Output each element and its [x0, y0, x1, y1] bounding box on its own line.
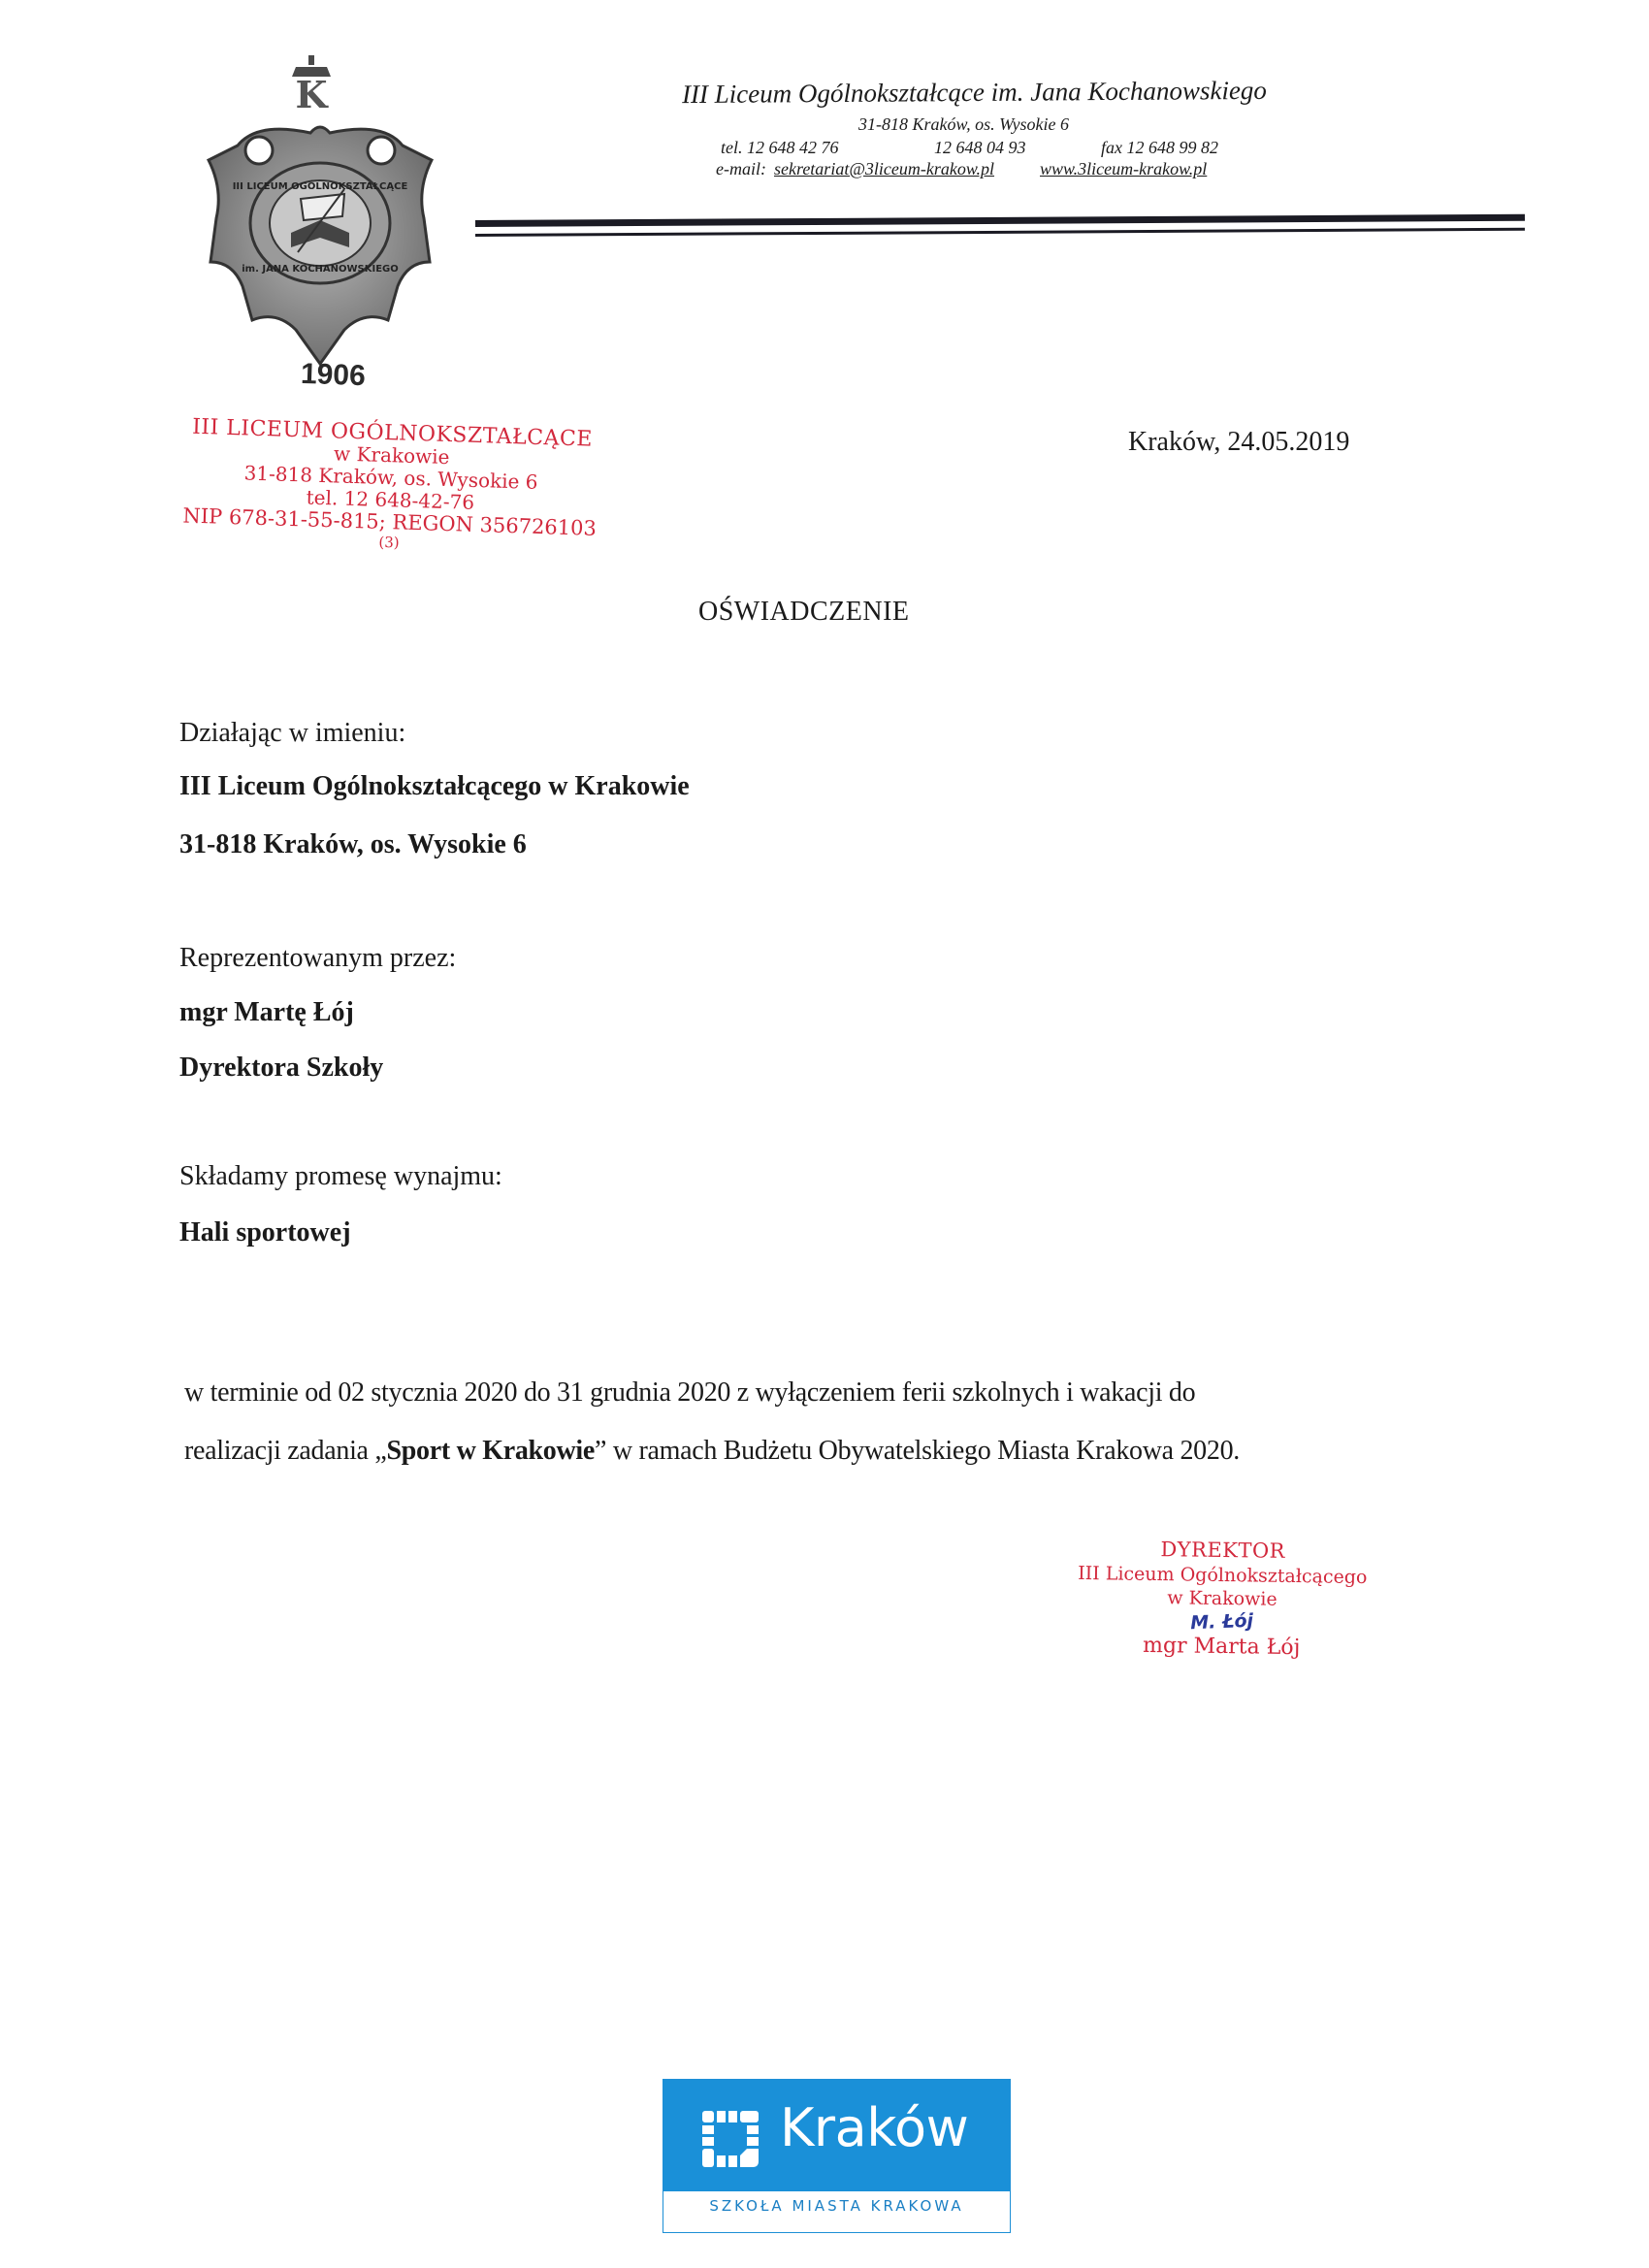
svg-text:III LICEUM OGÓLNOKSZTAŁCĄCE: III LICEUM OGÓLNOKSZTAŁCĄCE [233, 179, 408, 192]
document-title: OŚWIADCZENIE [698, 597, 910, 628]
letterhead-email-label: e-mail: [716, 159, 766, 179]
letterhead-fax: fax 12 648 99 82 [1101, 138, 1218, 158]
acting-label: Działając w imieniu: [179, 718, 405, 749]
letterhead-phone-2: 12 648 04 93 [934, 138, 1026, 158]
school-crest: K III LICEUM OGÓLNOKSZTAŁCĄCE im. JANA K… [199, 53, 441, 388]
school-stamp: III LICEUM OGÓLNOKSZTAŁCĄCE w Krakowie 3… [166, 415, 616, 558]
promise-label: Składamy promesę wynajmu: [179, 1161, 502, 1192]
letterhead-address: 31-818 Kraków, os. Wysokie 6 [858, 114, 1069, 135]
terms-text-pre: realizacji zadania „ [184, 1436, 387, 1466]
svg-text:im. JANA KOCHANOWSKIEGO: im. JANA KOCHANOWSKIEGO [242, 264, 399, 275]
task-name: Sport w Krakowie [387, 1436, 596, 1466]
svg-text:K: K [295, 73, 329, 116]
krakow-grid-icon [702, 2111, 759, 2167]
representative-name: mgr Martę Łój [179, 997, 354, 1028]
school-name: III Liceum Ogólnokształcącego w Krakowie [179, 771, 690, 802]
logo-city-name: Kraków [780, 2097, 968, 2158]
header-divider-thick [475, 214, 1525, 227]
terms-paragraph-line-1: w terminie od 02 stycznia 2020 do 31 gru… [184, 1377, 1195, 1409]
school-address: 31-818 Kraków, os. Wysokie 6 [179, 829, 527, 860]
logo-subtitle: SZKOŁA MIASTA KRAKOWA [663, 2197, 1010, 2215]
krakow-school-logo: Kraków SZKOŁA MIASTA KRAKOWA [663, 2079, 1011, 2233]
facility-name: Hali sportowej [179, 1217, 351, 1248]
representative-role: Dyrektora Szkoły [179, 1053, 383, 1084]
letterhead-website-link[interactable]: www.3liceum-krakow.pl [1040, 159, 1207, 179]
represented-label: Reprezentowanym przez: [179, 943, 456, 974]
letterhead-title: III Liceum Ogólnokształcące im. Jana Koc… [682, 76, 1267, 110]
document-date: Kraków, 24.05.2019 [1128, 427, 1349, 458]
header-divider-thin [475, 228, 1525, 237]
terms-text-post: ” w ramach Budżetu Obywatelskiego Miasta… [595, 1436, 1240, 1466]
terms-paragraph-line-2: realizacji zadania „Sport w Krakowie” w … [184, 1436, 1240, 1467]
crest-emblem-icon: K III LICEUM OGÓLNOKSZTAŁCĄCE im. JANA K… [199, 53, 441, 388]
crest-year: 1906 [300, 358, 366, 393]
letterhead-phone-1: tel. 12 648 42 76 [721, 138, 839, 158]
logo-banner: Kraków [663, 2080, 1010, 2191]
signature-school: III Liceum Ogólnokształcącego [1057, 1562, 1387, 1590]
director-signature-stamp: DYREKTOR III Liceum Ogólnokształcącego w… [1056, 1536, 1388, 1664]
letterhead-email-link[interactable]: sekretariat@3liceum-krakow.pl [774, 159, 994, 179]
